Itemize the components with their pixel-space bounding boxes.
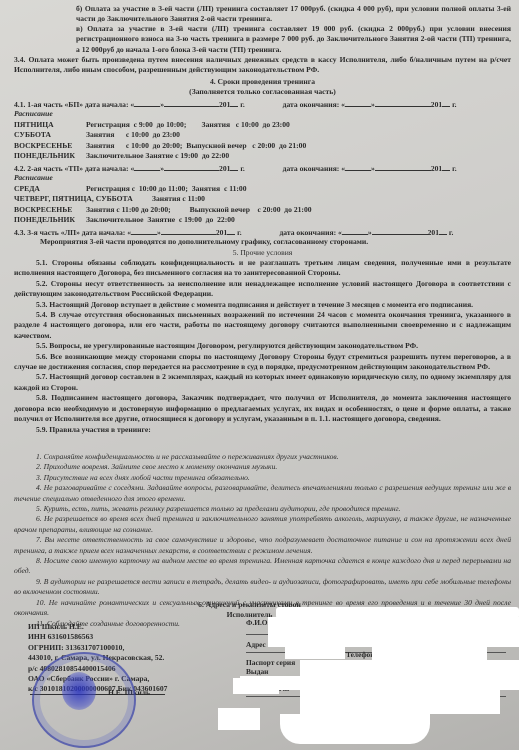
rule-item: 1. Сохраняйте конфиденциальность и не ра… [14, 452, 511, 462]
schedule-day: ВОСКРЕСЕНЬЕ [14, 141, 86, 151]
part3-start-day-field[interactable] [131, 226, 157, 235]
clause-5-7: 5.7. Настоящий договор составлен в 2 экз… [14, 372, 511, 393]
part1-schedule: ПЯТНИЦАРегистрация с 9:00 до 10:00; Заня… [14, 120, 511, 162]
part1-end-label: дата окончания: [283, 100, 340, 109]
part3-start-year: 201 [216, 228, 227, 237]
schedule-times: Регистрация с 9:00 до 10:00; Занятия с 1… [86, 120, 290, 130]
schedule-row: ПОНЕДЕЛЬНИКЗаключительное Занятие с 19:0… [14, 215, 511, 225]
schedule-times: Занятия с 10:00 до 20:00; Выпускной вече… [86, 141, 306, 151]
section-4-title: 4. Сроки проведения тренинга [14, 77, 511, 87]
schedule-times: Занятия с 11:00 [152, 194, 205, 204]
part2-start-label: 4.2. 2-ая часть «ТП» дата начала: [14, 164, 129, 173]
redaction-mask [240, 676, 519, 690]
part2-start-day-field[interactable] [134, 162, 160, 171]
schedule-row: ПОНЕДЕЛЬНИКЗаключительное Занятие с 19:0… [14, 151, 511, 161]
part1-start-year-field[interactable] [230, 98, 238, 107]
section-5-items: 5.1. Стороны обязаны соблюдать конфиденц… [14, 258, 511, 435]
payment-option-v-text: в) Оплата за участие в 3-ей части (ЛП) т… [76, 24, 511, 55]
payment-option-v: в) Оплата за участие в 3-ей части (ЛП) т… [76, 24, 511, 55]
year-suffix: г. [449, 228, 454, 237]
clause-3-4-text: 3.4. Оплата может быть произведена путем… [14, 55, 511, 76]
part2-end-label: дата окончания: [283, 164, 340, 173]
clause-5-8: 5.8. Подписанием настоящего договора, За… [14, 393, 511, 424]
part3-end-label: дата окончания: [279, 228, 336, 237]
part1-start-day-field[interactable] [134, 98, 160, 107]
part2-schedule: СРЕДАРегистрация с 10:00 до 11:00; Занят… [14, 184, 511, 226]
schedule-day: СУББОТА [14, 130, 86, 140]
schedule-row: ЧЕТВЕРГ, ПЯТНИЦА, СУББОТАЗанятия с 11:00 [14, 194, 511, 204]
year-suffix: г. [452, 164, 457, 173]
clause-5-9: 5.9. Правила участия в тренинге: [14, 425, 511, 435]
schedule-day: ПЯТНИЦА [14, 120, 86, 130]
redaction-mask [372, 645, 487, 661]
redaction-mask [300, 690, 500, 714]
clause-3-4: 3.4. Оплата может быть произведена путем… [14, 55, 511, 76]
rule-item: 4. Не разговаривайте с соседями. Задавай… [14, 483, 511, 504]
clause-5-4: 5.4. В случае отсутствия обоснованных пи… [14, 310, 511, 341]
clause-5-6: 5.6. Все возникающие между сторонами спо… [14, 352, 511, 373]
part2-start-month-field[interactable] [164, 162, 219, 171]
rule-item: 5. Курить, есть, пить, жевать резинку ра… [14, 504, 511, 514]
part1-start-label: 4.1. 1-ая часть «БП» дата начала: [14, 100, 129, 109]
part2-end-year-field[interactable] [442, 162, 450, 171]
year-suffix: г. [452, 100, 457, 109]
part2-end-day-field[interactable] [345, 162, 371, 171]
part3-end-day-field[interactable] [342, 226, 368, 235]
year-suffix: г. [237, 228, 242, 237]
customer-address-label: Адрес [246, 640, 266, 650]
redaction-mask [233, 678, 279, 694]
part2-start-year: 201 [219, 164, 230, 173]
part1-end-day-field[interactable] [345, 98, 371, 107]
part3-start-year-field[interactable] [227, 226, 235, 235]
part3-start-label: 4.3. 3-я часть «ЛП» дата начала: [14, 228, 125, 237]
schedule-row: ПЯТНИЦАРегистрация с 9:00 до 10:00; Заня… [14, 120, 511, 130]
part3-end-year: 201 [428, 228, 439, 237]
schedule-times: Занятия с 10:00 до 23:00 [86, 130, 180, 140]
schedule-times: Регистрация с 10:00 до 11:00; Занятия с … [86, 184, 247, 194]
part1-end-month-field[interactable] [375, 98, 431, 107]
rule-item: 2. Приходите вовремя. Займите свое место… [14, 462, 511, 472]
part1-start-year: 201 [219, 100, 230, 109]
section-5-title: 5. Прочие условия [14, 248, 511, 258]
executor-detail-line: ИНН 631601586563 [28, 632, 218, 642]
schedule-day: СРЕДА [14, 184, 86, 194]
customer-phone-label: Телефон [346, 650, 375, 660]
part2-end-month-field[interactable] [375, 162, 431, 171]
executor-detail-line: ИП Шкиль Н.Е. [28, 622, 218, 632]
schedule-row: ВОСКРЕСЕНЬЕЗанятия с 10:00 до 20:00; Вып… [14, 141, 511, 151]
rule-item: 9. В аудитории не разрешается вести запи… [14, 577, 511, 598]
rule-item: 6. Не разрешается во время всех дней тре… [14, 514, 511, 535]
year-suffix: г. [240, 100, 245, 109]
payment-option-b: б) Оплата за участие в 3-ей части (ЛП) т… [76, 4, 511, 25]
clause-5-3: 5.3. Настоящий Договор вступает в действ… [14, 300, 511, 310]
clause-5-2: 5.2. Стороны несут ответственность за не… [14, 279, 511, 300]
rule-item: 8. Носите свою именную карточку на видно… [14, 556, 511, 577]
part3-start-month-field[interactable] [161, 226, 216, 235]
schedule-day: ВОСКРЕСЕНЬЕ [14, 205, 86, 215]
schedule-times: Заключительное Занятие с 19:00 до 22:00 [86, 151, 229, 161]
part1-schedule-title: Расписание [14, 109, 511, 119]
schedule-day: ЧЕТВЕРГ, ПЯТНИЦА, СУББОТА [14, 194, 152, 204]
schedule-day: ПОНЕДЕЛЬНИК [14, 151, 86, 161]
redaction-mask [218, 708, 260, 730]
contract-page: б) Оплата за участие в 3-ей части (ЛП) т… [0, 0, 519, 750]
customer-fio-label: Ф.И.О. [246, 618, 269, 628]
clause-5-1: 5.1. Стороны обязаны соблюдать конфиденц… [14, 258, 511, 279]
executor-detail-line: ОГРНИП: 313631707100010, [28, 643, 218, 653]
redaction-mask [285, 645, 345, 659]
rule-item: 7. Вы несете ответственность за свое сам… [14, 535, 511, 556]
payment-option-b-text: б) Оплата за участие в 3-ей части (ЛП) т… [76, 4, 511, 25]
schedule-times: Занятия с 11:00 до 20:00; Выпускной вече… [86, 205, 312, 215]
part2-schedule-title: Расписание [14, 173, 511, 183]
part1-end-year: 201 [431, 100, 442, 109]
schedule-times: Заключительное Занятие с 19:00 до 22:00 [86, 215, 235, 225]
section-4-subtitle: (Заполняется только согласованная часть) [14, 87, 511, 97]
redaction-mask [280, 714, 430, 744]
clause-5-5: 5.5. Вопросы, не урегулированные настоящ… [14, 341, 511, 351]
part3-end-month-field[interactable] [372, 226, 428, 235]
seal-stamp-center [62, 672, 96, 710]
schedule-row: СРЕДАРегистрация с 10:00 до 11:00; Занят… [14, 184, 511, 194]
schedule-day: ПОНЕДЕЛЬНИК [14, 215, 86, 225]
schedule-row: СУББОТАЗанятия с 10:00 до 23:00 [14, 130, 511, 140]
part3-end-year-field[interactable] [439, 226, 447, 235]
part1-end-year-field[interactable] [442, 98, 450, 107]
year-suffix: г. [240, 164, 245, 173]
part2-end-year: 201 [431, 164, 442, 173]
part1-start-month-field[interactable] [164, 98, 219, 107]
part3-note: Мероприятия 3-ей части проводятся по доп… [40, 237, 511, 247]
schedule-row: ВОСКРЕСЕНЬЕЗанятия с 11:00 до 20:00; Вып… [14, 205, 511, 215]
redaction-mask [268, 617, 519, 647]
part2-start-year-field[interactable] [230, 162, 238, 171]
rule-item: 3. Присутствие на всех днях любой части … [14, 473, 511, 483]
